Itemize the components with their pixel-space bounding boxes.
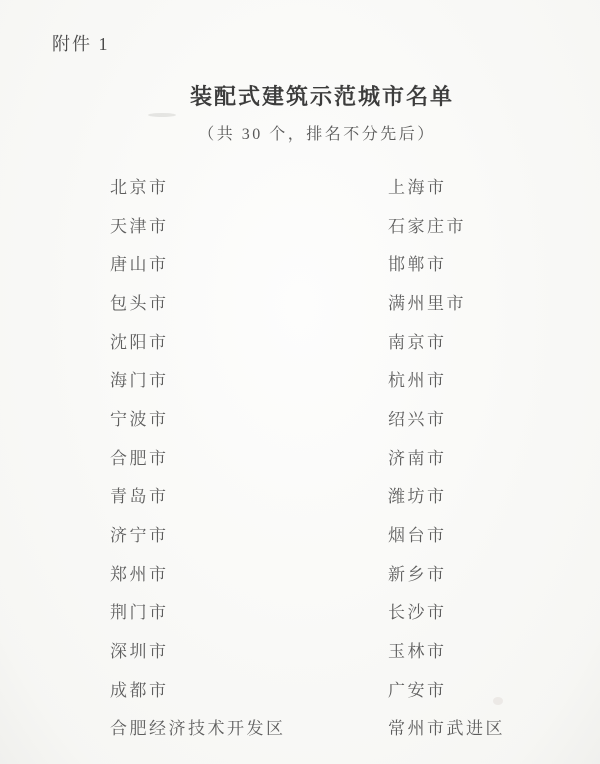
- city-name: 深圳市: [110, 637, 388, 662]
- city-name: 合肥经济技术开发区: [110, 714, 388, 739]
- city-row: 深圳市 玉林市: [0, 630, 600, 669]
- city-name: 北京市: [110, 173, 388, 198]
- city-row: 合肥市 济南市: [0, 437, 600, 476]
- city-name: 海门市: [110, 366, 388, 391]
- city-name: 潍坊市: [388, 482, 600, 507]
- city-row: 成都市 广安市: [0, 669, 600, 708]
- city-name: 烟台市: [388, 521, 600, 546]
- document-title: 装配式建筑示范城市名单: [22, 80, 600, 111]
- city-name: 荆门市: [110, 598, 388, 623]
- city-name: 上海市: [388, 173, 600, 198]
- city-name: 杭州市: [388, 366, 600, 391]
- document-page: 附件 1 装配式建筑示范城市名单 （共 30 个，排名不分先后） 北京市 上海市…: [0, 0, 600, 764]
- city-row: 宁波市 绍兴市: [0, 398, 600, 437]
- city-name: 天津市: [110, 212, 388, 237]
- city-name: 广安市: [388, 676, 600, 701]
- city-name: 合肥市: [110, 444, 388, 469]
- city-name: 长沙市: [388, 598, 600, 623]
- city-name: 邯郸市: [388, 250, 600, 275]
- city-name: 济宁市: [110, 521, 388, 546]
- attachment-label: 附件 1: [52, 30, 110, 56]
- city-name: 满州里市: [388, 289, 600, 314]
- city-name: 南京市: [388, 328, 600, 353]
- city-name: 玉林市: [388, 637, 600, 662]
- city-name: 宁波市: [110, 405, 388, 430]
- city-row: 海门市 杭州市: [0, 359, 600, 398]
- document-subtitle: （共 30 个，排名不分先后）: [17, 121, 600, 144]
- city-row: 北京市 上海市: [0, 166, 600, 205]
- city-row: 沈阳市 南京市: [0, 321, 600, 360]
- city-name: 郑州市: [110, 560, 388, 585]
- city-name: 新乡市: [388, 560, 600, 585]
- city-name: 唐山市: [110, 250, 388, 275]
- city-row: 天津市 石家庄市: [0, 205, 600, 244]
- city-row: 唐山市 邯郸市: [0, 243, 600, 282]
- city-list: 北京市 上海市 天津市 石家庄市 唐山市 邯郸市 包头市 满州里市 沈阳市 南京…: [0, 166, 600, 746]
- city-row: 合肥经济技术开发区 常州市武进区: [0, 708, 600, 747]
- city-name: 包头市: [110, 289, 388, 314]
- city-row: 郑州市 新乡市: [0, 553, 600, 592]
- city-name: 济南市: [388, 444, 600, 469]
- city-row: 荆门市 长沙市: [0, 592, 600, 631]
- city-row: 济宁市 烟台市: [0, 514, 600, 553]
- city-name: 绍兴市: [388, 405, 600, 430]
- city-name: 常州市武进区: [388, 714, 600, 739]
- city-row: 包头市 满州里市: [0, 282, 600, 321]
- city-name: 石家庄市: [388, 212, 600, 237]
- city-name: 青岛市: [110, 482, 388, 507]
- city-name: 成都市: [110, 676, 388, 701]
- scan-smudge: [148, 113, 176, 117]
- city-row: 青岛市 潍坊市: [0, 476, 600, 515]
- city-name: 沈阳市: [110, 328, 388, 353]
